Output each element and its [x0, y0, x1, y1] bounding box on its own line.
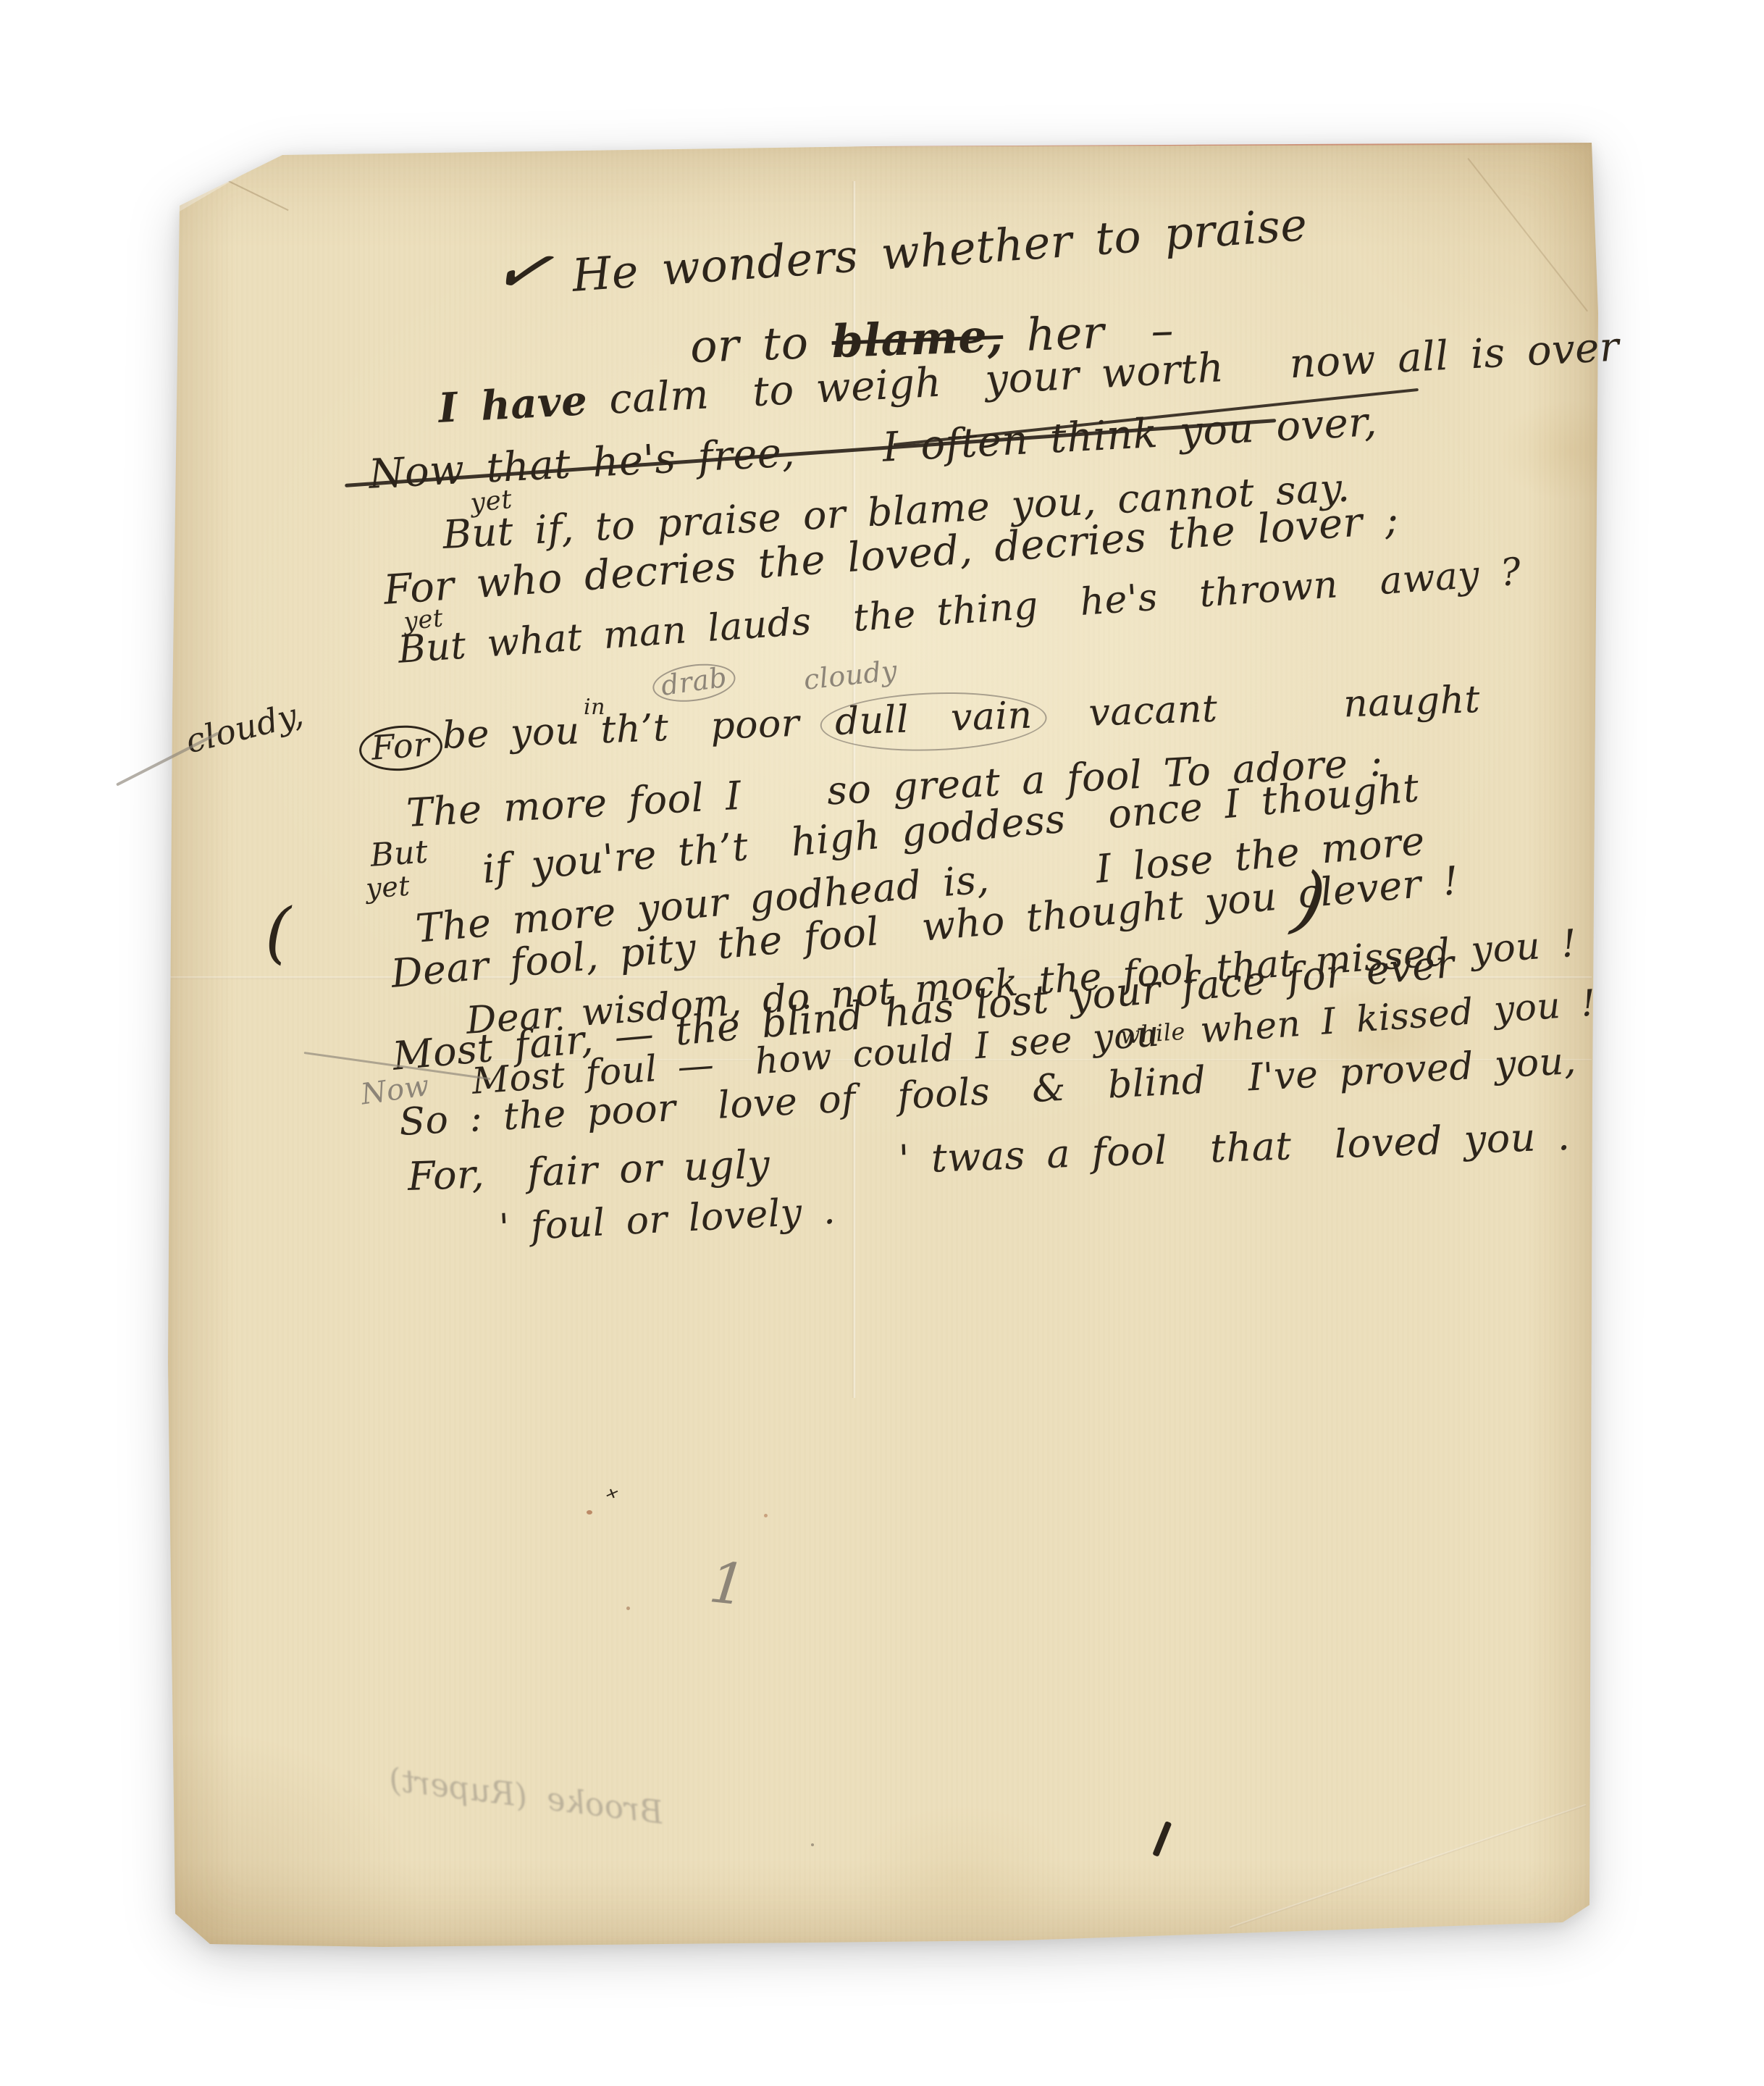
- age-stain: [853, 1805, 1070, 1950]
- fold-crease-line-top-left: [176, 155, 288, 211]
- crease-bottom-right: [1230, 1804, 1587, 1929]
- photo-background: { "document_kind": "handwritten poem man…: [0, 0, 1764, 2086]
- folded-corner-top-left: [174, 151, 287, 211]
- red-stained-top-edge: [274, 142, 1599, 148]
- horizontal-crease-lower: [397, 1059, 1592, 1061]
- age-stain: [1295, 979, 1483, 1095]
- manuscript-paper-sheet: [165, 139, 1599, 1950]
- paper-shadow-wrap: [0, 0, 1764, 2086]
- horizontal-crease-upper: [168, 976, 1592, 979]
- rust-speck: [764, 1514, 768, 1517]
- age-stain: [1498, 400, 1642, 501]
- ink-speck-dot: [811, 1843, 814, 1846]
- rust-speck: [587, 1510, 592, 1515]
- vertical-center-crease: [852, 181, 856, 1398]
- crease-top-right: [1467, 158, 1588, 311]
- rust-speck: [626, 1607, 630, 1610]
